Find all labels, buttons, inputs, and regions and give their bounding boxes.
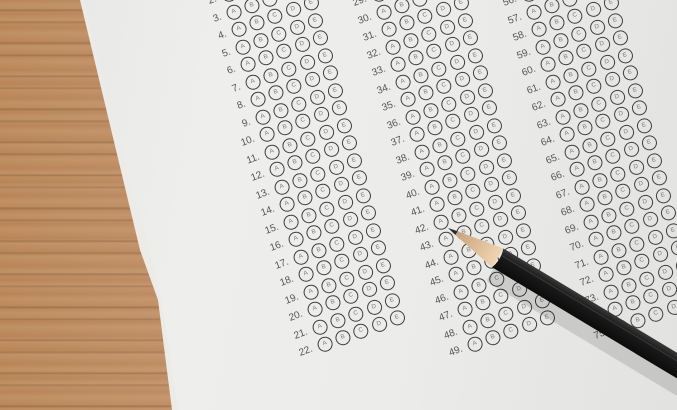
answer-bubble-e[interactable]: E: [387, 308, 406, 327]
answer-bubble-c[interactable]: C: [647, 304, 666, 323]
answer-bubble-e[interactable]: E: [668, 238, 677, 257]
answer-bubble-d[interactable]: D: [660, 279, 677, 298]
question-number: 75.: [581, 326, 609, 345]
answer-bubble-b[interactable]: B: [629, 310, 648, 329]
answer-bubble-d[interactable]: D: [369, 314, 388, 333]
answer-bubble-c[interactable]: C: [351, 321, 370, 340]
answer-bubble-b[interactable]: B: [483, 328, 502, 347]
answer-bubble-c[interactable]: C: [501, 321, 520, 340]
answer-bubble-e[interactable]: E: [537, 308, 556, 327]
answer-bubble-b[interactable]: B: [333, 328, 352, 347]
answer-bubble-d[interactable]: D: [519, 314, 538, 333]
answer-bubble-a[interactable]: A: [315, 334, 334, 353]
answer-bubble-e[interactable]: E: [673, 255, 677, 274]
question-number: 49.: [436, 343, 464, 362]
answer-sheet: 2.ABCDE3.ABCDE4.ABCDE5.ABCDE6.ABCDE7.ABC…: [0, 0, 677, 410]
answer-bubble-d[interactable]: D: [665, 297, 677, 316]
answer-bubble-e[interactable]: E: [663, 220, 677, 239]
answer-bubble-a[interactable]: A: [465, 334, 484, 353]
question-number: 22.: [286, 343, 314, 362]
answer-bubble-a[interactable]: A: [611, 317, 630, 336]
